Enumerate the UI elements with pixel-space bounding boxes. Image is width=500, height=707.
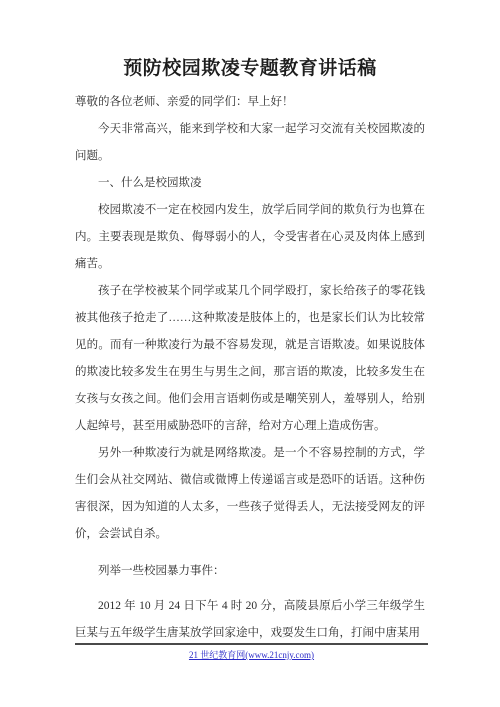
document-page: 预防校园欺凌专题教育讲话稿 尊敬的各位老师、亲爱的同学们：早上好！ 今天非常高兴… bbox=[0, 0, 500, 707]
intro-paragraph: 今天非常高兴，能来到学校和大家一起学习交流有关校园欺凌的问题。 bbox=[75, 116, 425, 170]
incident-list-intro: 列举一些校园暴力事件： bbox=[75, 558, 425, 585]
physical-verbal-bullying-paragraph: 孩子在学校被某个同学或某几个同学殴打，家长给孩子的零花钱被其他孩子抢走了……这种… bbox=[75, 278, 425, 440]
page-footer: 21 世纪教育网(www.21cnjy.com) bbox=[75, 643, 428, 663]
document-content: 预防校园欺凌专题教育讲话稿 尊敬的各位老师、亲爱的同学们：早上好！ 今天非常高兴… bbox=[75, 0, 425, 641]
cyber-bullying-paragraph: 另外一种欺凌行为就是网络欺凌。是一个不容易控制的方式，学生们会从社交网站、微信或… bbox=[75, 440, 425, 548]
greeting-line: 尊敬的各位老师、亲爱的同学们：早上好！ bbox=[75, 89, 425, 116]
definition-paragraph: 校园欺凌不一定在校园内发生，放学后同学间的欺负行为也算在内。主要表现是欺负、侮辱… bbox=[75, 197, 425, 278]
incident-paragraph: 2012 年 10 月 24 日下午 4 时 20 分，高陵县原后小学三年级学生… bbox=[75, 593, 425, 641]
footer-divider bbox=[75, 643, 428, 645]
footer-site-link[interactable]: 21 世纪教育网(www.21cnjy.com) bbox=[189, 649, 314, 661]
document-title: 预防校园欺凌专题教育讲话稿 bbox=[75, 54, 425, 84]
section-heading: 一、什么是校园欺凌 bbox=[75, 170, 425, 197]
